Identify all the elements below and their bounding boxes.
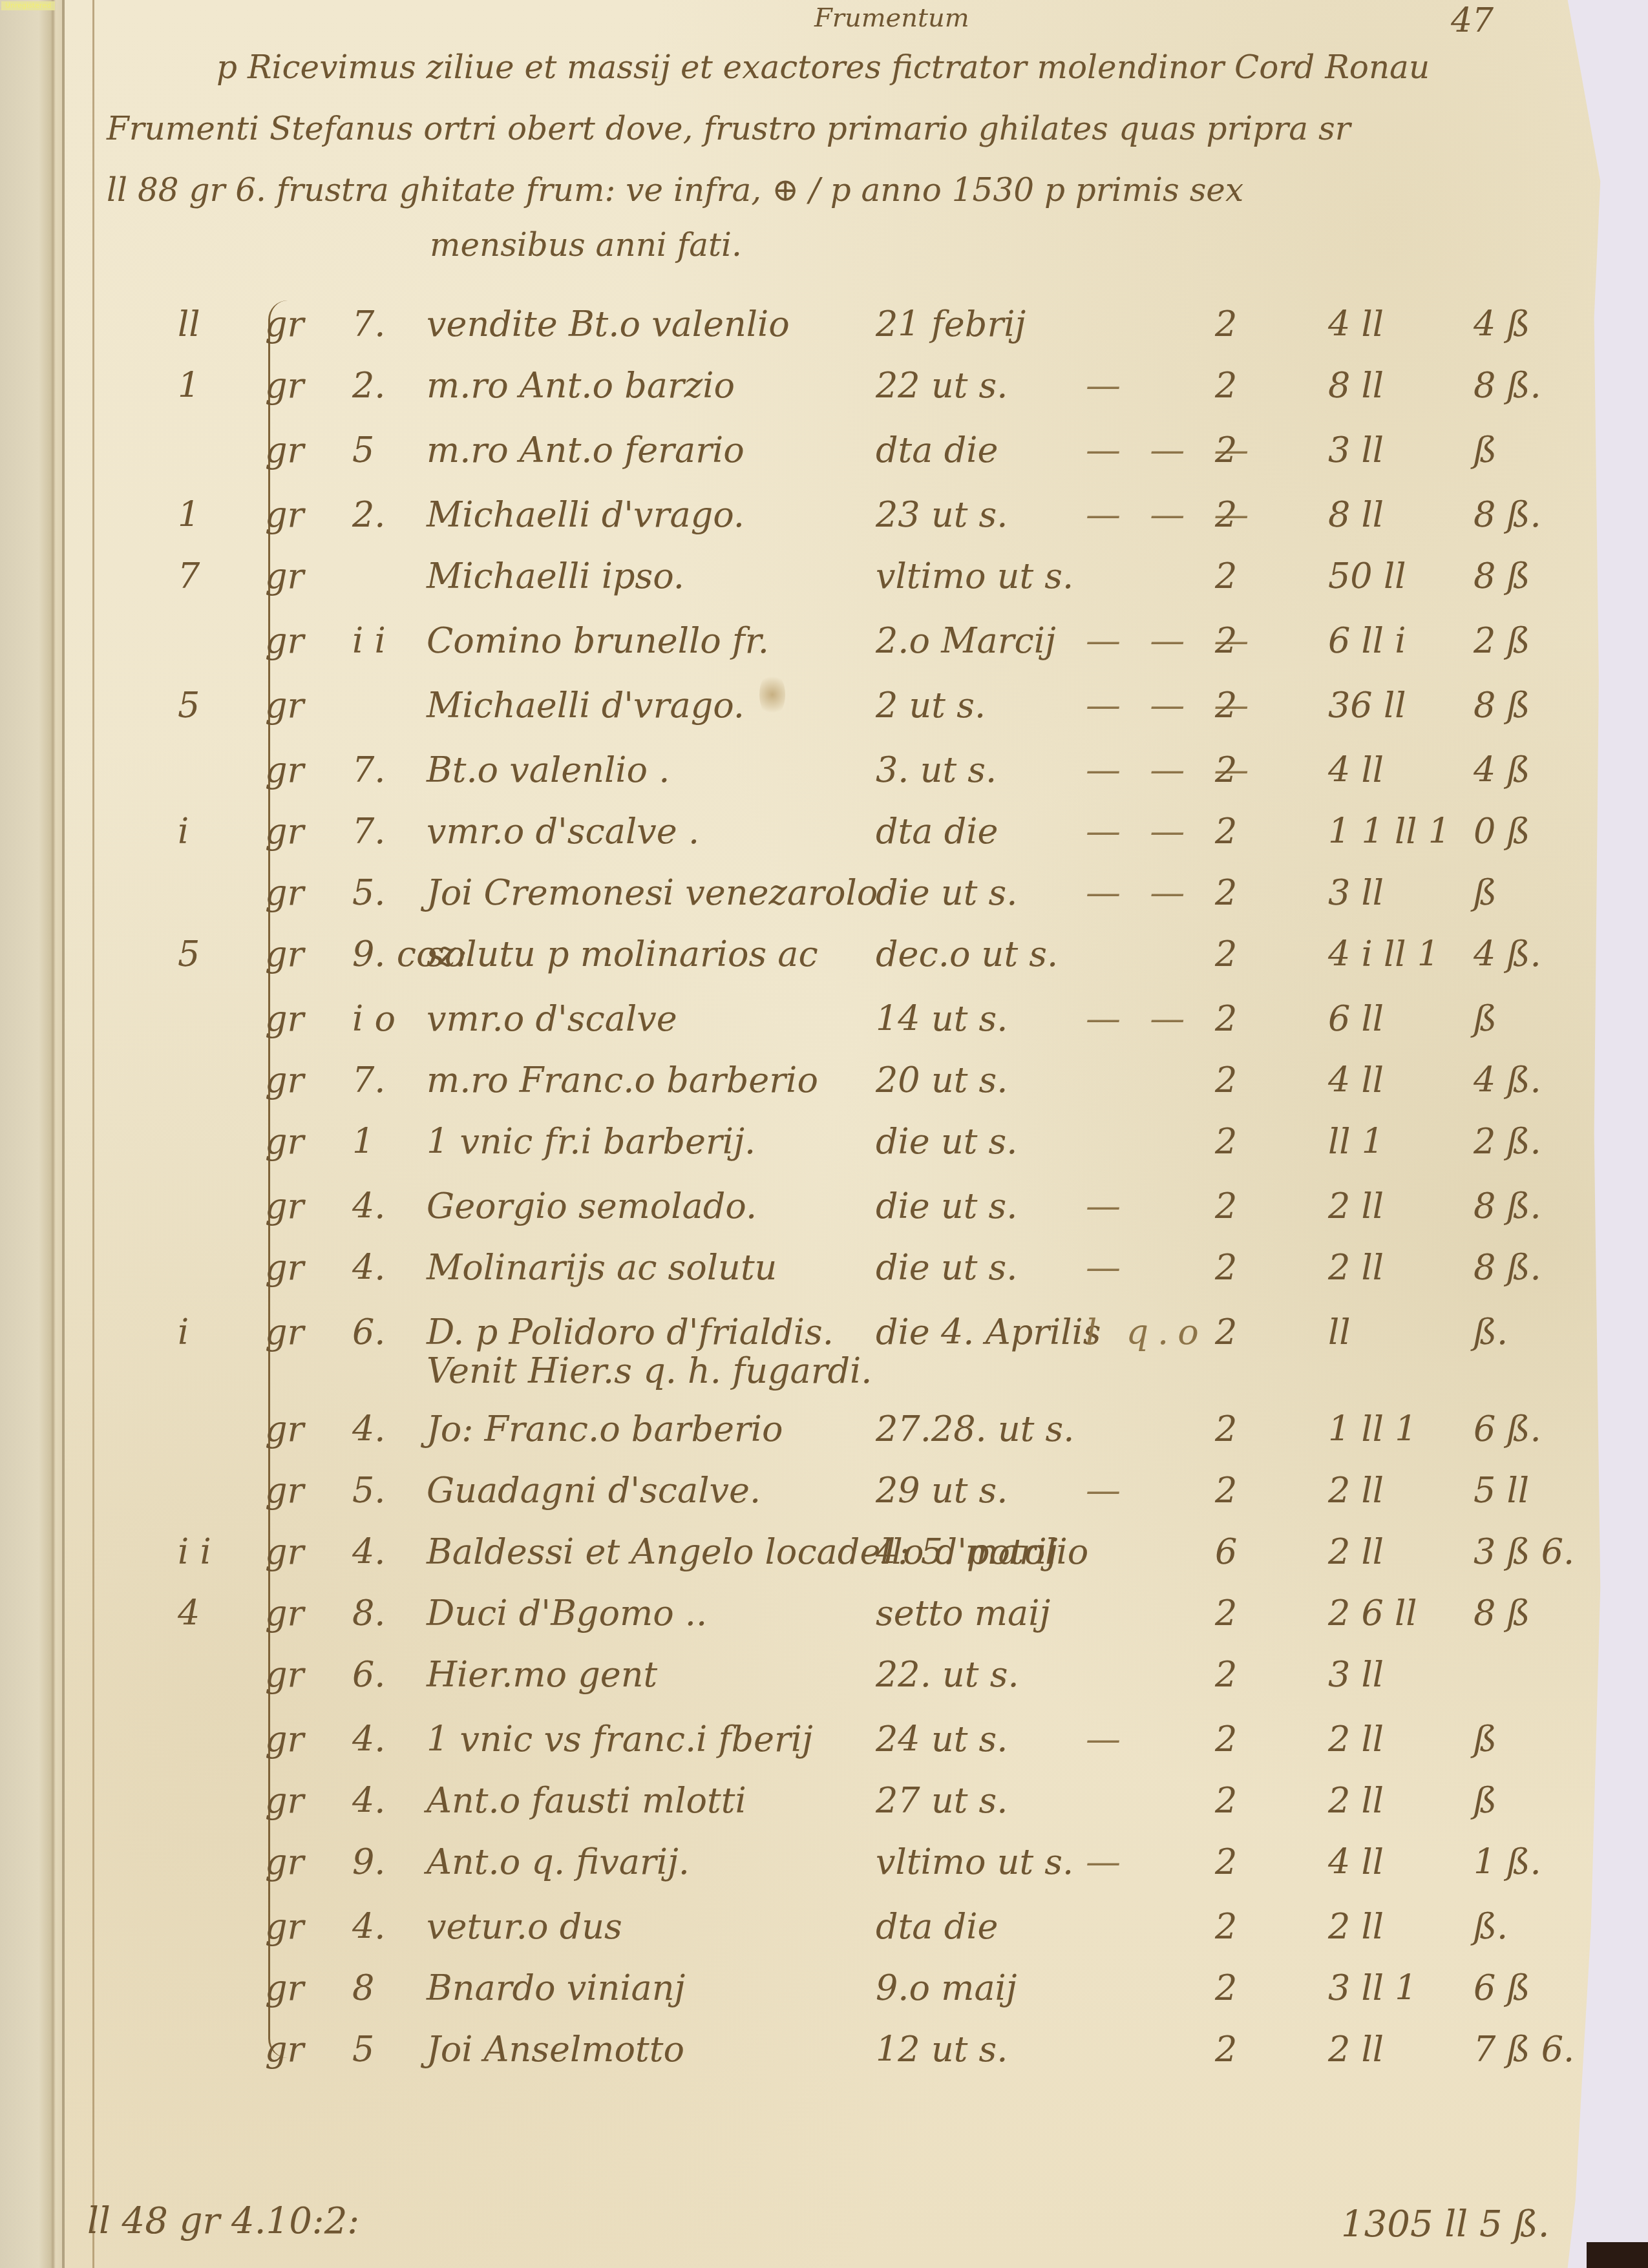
entry-qty: 2 xyxy=(1215,1906,1237,1947)
entry-name: Joi Anselmotto xyxy=(427,2029,684,2070)
page-number: 47 xyxy=(1451,1,1494,40)
ledger-row: gr5Joi Anselmotto12 ut s.22 ll7 ß 6. xyxy=(0,2029,1648,2094)
gr-label: gr xyxy=(265,1906,304,1947)
entry-name: vendite Bt.o valenlio xyxy=(427,304,790,344)
gr-value: 2. xyxy=(352,365,386,406)
entry-lire: 8 ll xyxy=(1328,365,1384,406)
gr-label: gr xyxy=(265,934,304,974)
entry-date: 27 ut s. xyxy=(876,1780,1008,1821)
entry-dash: — xyxy=(1086,1842,1130,1882)
entry-name: m.ro Ant.o ferario xyxy=(427,430,745,470)
entry-name: 1 vnic fr.i barberij. xyxy=(427,1121,755,1162)
gr-label: gr xyxy=(265,2029,304,2070)
entry-lire: 2 ll xyxy=(1328,1247,1384,1288)
gr-value: 5. xyxy=(352,872,386,913)
entry-name: Michaelli d'vrago. xyxy=(427,494,745,535)
header-title: Frumentum xyxy=(814,3,969,33)
ledger-row: igr7.vmr.o d'scalve .dta die— —21 1 ll 1… xyxy=(0,811,1648,876)
gr-value: 7. xyxy=(352,811,386,852)
gr-label: gr xyxy=(265,304,304,344)
entry-name: Georgio semolado. xyxy=(427,1186,757,1226)
margin-number: 7 xyxy=(178,556,200,596)
gr-value: 4. xyxy=(352,1719,386,1759)
entry-dash: — xyxy=(1086,1247,1130,1288)
entry-lire: 3 ll xyxy=(1328,872,1384,913)
entry-name: Venit Hier.s q. h. fugardi. xyxy=(427,1350,872,1391)
ledger-row: gr9.Ant.o q. fivarij.vltimo ut s.—24 ll1… xyxy=(0,1842,1648,1906)
entry-soldi: 7 ß 6. xyxy=(1474,2029,1574,2070)
entry-soldi: ß xyxy=(1474,998,1497,1039)
entry-soldi: 2 ß xyxy=(1474,620,1530,661)
gr-label: gr xyxy=(265,872,304,913)
entry-name: vmr.o d'scalve xyxy=(427,998,677,1039)
entry-date: 29 ut s. xyxy=(876,1470,1008,1511)
entry-soldi: 4 ß. xyxy=(1474,1060,1541,1100)
entry-soldi: 8 ß. xyxy=(1474,1247,1541,1288)
entry-soldi: ß xyxy=(1474,430,1497,470)
entry-soldi: 8 ß. xyxy=(1474,365,1541,406)
entry-qty: 2 xyxy=(1215,1121,1237,1162)
entry-name: Joi Cremonesi venezarolo xyxy=(427,872,878,913)
gr-value: 6. xyxy=(352,1312,386,1352)
ledger-row: gri ovmr.o d'scalve14 ut s.— —26 llß xyxy=(0,998,1648,1063)
entry-soldi: 4 ß xyxy=(1474,750,1530,790)
intro-line-3: ll 88 gr 6. frustra ghitate frum: ve inf… xyxy=(107,171,1243,209)
gr-value: 5 xyxy=(352,2029,374,2070)
entry-date: dec.o ut s. xyxy=(876,934,1058,974)
entry-soldi: ß xyxy=(1474,1780,1497,1821)
entry-date: setto maij xyxy=(876,1593,1050,1633)
intro-line-2: Frumenti Stefanus ortri obert dove, frus… xyxy=(107,110,1351,147)
entry-date: vltimo ut s. xyxy=(876,556,1073,596)
ledger-row: 5grMichaelli d'vrago.2 ut s.— — —236 ll8… xyxy=(0,685,1648,750)
entry-soldi: 0 ß xyxy=(1474,811,1530,852)
entry-date: dta die xyxy=(876,1906,998,1947)
entry-qty: 2 xyxy=(1215,1842,1237,1882)
entry-qty: 2 xyxy=(1215,620,1237,661)
entry-name: Ant.o fausti mlotti xyxy=(427,1780,746,1821)
entry-dash: — — xyxy=(1086,872,1194,913)
entry-lire: 1 1 ll 1 xyxy=(1328,811,1450,852)
unregistered-watermark: Unregistered xyxy=(1,1,55,10)
entry-date: 3. ut s. xyxy=(876,750,997,790)
entry-lire: 2 ll xyxy=(1328,1906,1384,1947)
ledger-row: gr4.Georgio semolado.die ut s.—22 ll8 ß. xyxy=(0,1186,1648,1250)
gr-value: i i xyxy=(352,620,386,661)
entry-qty: 2 xyxy=(1215,1312,1237,1352)
footer-total-right: 1305 ll 5 ß. xyxy=(1341,2203,1550,2245)
ledger-row: gr4.Molinarijs ac solutudie ut s.—22 ll8… xyxy=(0,1247,1648,1312)
entry-name: vmr.o d'scalve . xyxy=(427,811,699,852)
entry-soldi: 3 ß 6. xyxy=(1474,1531,1574,1572)
margin-number: 4 xyxy=(178,1593,200,1633)
entry-lire: ll 1 xyxy=(1328,1121,1384,1162)
gr-label: gr xyxy=(265,750,304,790)
entry-lire: 4 ll xyxy=(1328,304,1384,344)
ledger-row: llgr7.vendite Bt.o valenlio21 febrij24 l… xyxy=(0,304,1648,368)
entry-dash: — xyxy=(1086,1186,1130,1226)
entry-name: m.ro Ant.o barzio xyxy=(427,365,735,406)
entry-qty: 2 xyxy=(1215,1409,1237,1449)
entry-date: 22 ut s. xyxy=(876,365,1008,406)
entry-soldi: 6 ß xyxy=(1474,1968,1530,2008)
entry-qty: 2 xyxy=(1215,811,1237,852)
gr-label: gr xyxy=(265,365,304,406)
entry-qty: 2 xyxy=(1215,1654,1237,1695)
entry-dash: — xyxy=(1086,365,1130,406)
entry-lire: 1 ll 1 xyxy=(1328,1409,1417,1449)
gr-label: gr xyxy=(265,1470,304,1511)
entry-date: vltimo ut s. xyxy=(876,1842,1073,1882)
entry-date: 9.o maij xyxy=(876,1968,1017,2008)
entry-date: die ut s. xyxy=(876,1121,1017,1162)
entry-soldi: 5 ll xyxy=(1474,1470,1529,1511)
gr-value: 4. xyxy=(352,1906,386,1947)
entry-lire: 4 ll xyxy=(1328,1842,1384,1882)
entry-date: 12 ut s. xyxy=(876,2029,1008,2070)
entry-lire: 36 ll xyxy=(1328,685,1406,726)
entry-name: Michaelli d'vrago. xyxy=(427,685,745,726)
gr-value: 7. xyxy=(352,750,386,790)
gr-label: gr xyxy=(265,1593,304,1633)
ledger-row: 4gr8.Duci d'Bgomo ..setto maij22 6 ll8 ß xyxy=(0,1593,1648,1657)
entry-dash: l q.o xyxy=(1086,1312,1208,1352)
gr-value: 5 xyxy=(352,430,374,470)
entry-date: die ut s. xyxy=(876,1186,1017,1226)
gr-value: 7. xyxy=(352,1060,386,1100)
entry-lire: ll xyxy=(1328,1312,1351,1352)
gr-label: gr xyxy=(265,998,304,1039)
ledger-row: 5gr9. coz:solutu p molinarios acdec.o ut… xyxy=(0,934,1648,998)
entry-name: Michaelli ipso. xyxy=(427,556,684,596)
entry-name: D. p Polidoro d'frialdis. xyxy=(427,1312,834,1352)
entry-name: 1 vnic vs franc.i fberij xyxy=(427,1719,813,1759)
gr-label: gr xyxy=(265,494,304,535)
entry-soldi: ß. xyxy=(1474,1906,1508,1947)
gr-value: 8 xyxy=(352,1968,374,2008)
ledger-row: gr5.Joi Cremonesi venezarolodie ut s.— —… xyxy=(0,872,1648,937)
ledger-row: gr7.Bt.o valenlio .3. ut s.— — —24 ll4 ß xyxy=(0,750,1648,814)
entry-soldi: 2 ß. xyxy=(1474,1121,1541,1162)
entry-name: m.ro Franc.o barberio xyxy=(427,1060,818,1100)
entry-soldi: ß. xyxy=(1474,1312,1508,1352)
entry-qty: 2 xyxy=(1215,430,1237,470)
entry-dash: — — xyxy=(1086,811,1194,852)
entry-name: Guadagni d'scalve. xyxy=(427,1470,761,1511)
ledger-row: 7grMichaelli ipso.vltimo ut s.250 ll8 ß xyxy=(0,556,1648,620)
entry-lire: 4 ll xyxy=(1328,750,1384,790)
entry-lire: 2 ll xyxy=(1328,1719,1384,1759)
entry-soldi: 8 ß xyxy=(1474,1593,1530,1633)
entry-lire: 3 ll xyxy=(1328,1654,1384,1695)
entry-lire: 6 ll i xyxy=(1328,620,1406,661)
margin-number: 5 xyxy=(178,685,200,726)
ledger-row: gr5.Guadagni d'scalve.29 ut s.—22 ll5 ll xyxy=(0,1470,1648,1535)
intro-line-1: p Ricevimus ziliue et massij et exactore… xyxy=(217,48,1430,86)
entry-lire: 4 i ll 1 xyxy=(1328,934,1439,974)
gr-label: gr xyxy=(265,1186,304,1226)
margin-number: i i xyxy=(178,1531,211,1572)
gr-value: 6. xyxy=(352,1654,386,1695)
entry-date: die ut s. xyxy=(876,872,1017,913)
ledger-row: 1gr2.Michaelli d'vrago.23 ut s.— — —28 l… xyxy=(0,494,1648,559)
entry-dash: — xyxy=(1086,1470,1130,1511)
entry-qty: 2 xyxy=(1215,1719,1237,1759)
entry-dash: — xyxy=(1086,1719,1130,1759)
gr-label: gr xyxy=(265,1968,304,2008)
entry-soldi: 4 ß xyxy=(1474,304,1530,344)
entry-name: Hier.mo gent xyxy=(427,1654,657,1695)
entry-qty: 2 xyxy=(1215,685,1237,726)
gr-label: gr xyxy=(265,1719,304,1759)
entry-date: dta die xyxy=(876,811,998,852)
entry-date: 22. ut s. xyxy=(876,1654,1019,1695)
entry-date: 24 ut s. xyxy=(876,1719,1008,1759)
entry-qty: 2 xyxy=(1215,1186,1237,1226)
entry-qty: 2 xyxy=(1215,304,1237,344)
entry-date: 23 ut s. xyxy=(876,494,1008,535)
gr-value: 1 xyxy=(352,1121,374,1162)
gr-label: gr xyxy=(265,1121,304,1162)
gr-label: gr xyxy=(265,430,304,470)
gr-value: 4. xyxy=(352,1186,386,1226)
margin-number: 1 xyxy=(178,494,200,535)
entry-qty: 2 xyxy=(1215,365,1237,406)
entry-date: 4: 5. marij xyxy=(876,1531,1058,1572)
gr-value: 4. xyxy=(352,1780,386,1821)
entry-qty: 2 xyxy=(1215,1247,1237,1288)
gr-value: 5. xyxy=(352,1470,386,1511)
entry-qty: 2 xyxy=(1215,1968,1237,2008)
gr-value: 9. xyxy=(352,1842,386,1882)
ledger-row: gr8Bnardo vinianj9.o maij23 ll 16 ß xyxy=(0,1968,1648,2032)
entry-qty: 2 xyxy=(1215,1593,1237,1633)
entry-date: 2 ut s. xyxy=(876,685,986,726)
entry-lire: 2 ll xyxy=(1328,1531,1384,1572)
entry-date: 20 ut s. xyxy=(876,1060,1008,1100)
margin-number: i xyxy=(178,1312,189,1352)
entry-qty: 2 xyxy=(1215,1780,1237,1821)
entry-name: Molinarijs ac solutu xyxy=(427,1247,777,1288)
ledger-row: gr4.1 vnic vs franc.i fberij24 ut s.—22 … xyxy=(0,1719,1648,1783)
gr-label: gr xyxy=(265,1780,304,1821)
ledger-row: gr4.Ant.o fausti mlotti27 ut s.22 llß xyxy=(0,1780,1648,1845)
entry-date: die 4. Aprilis xyxy=(876,1312,1101,1352)
gr-label: gr xyxy=(265,1312,304,1352)
entry-name: Bt.o valenlio . xyxy=(427,750,670,790)
entry-date: 14 ut s. xyxy=(876,998,1008,1039)
entry-date: 27.28. ut s. xyxy=(876,1409,1074,1449)
entry-soldi: ß xyxy=(1474,1719,1497,1759)
gr-value: 7. xyxy=(352,304,386,344)
gr-value: 2. xyxy=(352,494,386,535)
gr-value: 4. xyxy=(352,1247,386,1288)
ledger-row: Venit Hier.s q. h. fugardi. xyxy=(0,1350,1648,1415)
entry-qty: 2 xyxy=(1215,998,1237,1039)
ledger-row: gr4.Jo: Franc.o barberio27.28. ut s.21 l… xyxy=(0,1409,1648,1473)
entry-lire: 2 ll xyxy=(1328,2029,1384,2070)
entry-qty: 2 xyxy=(1215,750,1237,790)
entry-name: Bnardo vinianj xyxy=(427,1968,685,2008)
entry-soldi: 8 ß. xyxy=(1474,1186,1541,1226)
entry-qty: 2 xyxy=(1215,1060,1237,1100)
entry-qty: 2 xyxy=(1215,934,1237,974)
ledger-row: 1gr2.m.ro Ant.o barzio22 ut s.—28 ll8 ß. xyxy=(0,365,1648,430)
gr-value: 8. xyxy=(352,1593,386,1633)
ledger-row: gr7.m.ro Franc.o barberio20 ut s.24 ll4 … xyxy=(0,1060,1648,1124)
entry-soldi: 8 ß xyxy=(1474,556,1530,596)
ledger-row: gri iComino brunello fr.2.o Marcij— — —2… xyxy=(0,620,1648,685)
gr-label: gr xyxy=(265,1247,304,1288)
entry-lire: 2 ll xyxy=(1328,1186,1384,1226)
entry-lire: 4 ll xyxy=(1328,1060,1384,1100)
entry-lire: 2 ll xyxy=(1328,1470,1384,1511)
entry-qty: 2 xyxy=(1215,556,1237,596)
entry-dash: — — xyxy=(1086,998,1194,1039)
gr-label: gr xyxy=(265,1409,304,1449)
margin-number: ll xyxy=(178,304,200,344)
entry-name: Duci d'Bgomo .. xyxy=(427,1593,707,1633)
entry-soldi: 8 ß. xyxy=(1474,494,1541,535)
entry-name: solutu p molinarios ac xyxy=(427,934,818,974)
gr-label: gr xyxy=(265,1531,304,1572)
entry-lire: 6 ll xyxy=(1328,998,1384,1039)
entry-lire: 2 6 ll xyxy=(1328,1593,1417,1633)
entry-name: Ant.o q. fivarij. xyxy=(427,1842,690,1882)
entry-soldi: 8 ß xyxy=(1474,685,1530,726)
gr-label: gr xyxy=(265,620,304,661)
entry-name: Comino brunello fr. xyxy=(427,620,769,661)
entry-date: die ut s. xyxy=(876,1247,1017,1288)
ledger-row: gr6.Hier.mo gent22. ut s.23 ll xyxy=(0,1654,1648,1719)
gr-label: gr xyxy=(265,1060,304,1100)
entry-name: vetur.o dus xyxy=(427,1906,622,1947)
ledger-row: gr4.vetur.o dusdta die22 llß. xyxy=(0,1906,1648,1971)
entry-qty: 2 xyxy=(1215,494,1237,535)
entry-date: 21 febrij xyxy=(876,304,1026,344)
entry-lire: 8 ll xyxy=(1328,494,1384,535)
ledger-row: gr11 vnic fr.i barberij.die ut s.2ll 12 … xyxy=(0,1121,1648,1186)
entry-lire: 2 ll xyxy=(1328,1780,1384,1821)
gr-label: gr xyxy=(265,1654,304,1695)
entry-qty: 6 xyxy=(1215,1531,1237,1572)
gr-value: 4. xyxy=(352,1531,386,1572)
gr-label: gr xyxy=(265,1842,304,1882)
entry-lire: 3 ll 1 xyxy=(1328,1968,1417,2008)
entry-qty: 2 xyxy=(1215,1470,1237,1511)
entry-name: Jo: Franc.o barberio xyxy=(427,1409,783,1449)
gr-value: i o xyxy=(352,998,396,1039)
entry-soldi: ß xyxy=(1474,872,1497,913)
entry-soldi: 1 ß. xyxy=(1474,1842,1541,1882)
entry-soldi: 6 ß. xyxy=(1474,1409,1541,1449)
entry-lire: 3 ll xyxy=(1328,430,1384,470)
entry-lire: 50 ll xyxy=(1328,556,1406,596)
entry-soldi: 4 ß. xyxy=(1474,934,1541,974)
entry-qty: 2 xyxy=(1215,2029,1237,2070)
gr-value: 4. xyxy=(352,1409,386,1449)
entry-date: dta die xyxy=(876,430,998,470)
ledger-row: gr5m.ro Ant.o ferariodta die— — —23 llß xyxy=(0,430,1648,494)
margin-number: 5 xyxy=(178,934,200,974)
gr-label: gr xyxy=(265,556,304,596)
entry-qty: 2 xyxy=(1215,872,1237,913)
gr-label: gr xyxy=(265,685,304,726)
intro-line-4: mensibus anni fati. xyxy=(430,226,742,264)
margin-number: i xyxy=(178,811,189,852)
entry-date: 2.o Marcij xyxy=(876,620,1056,661)
margin-number: 1 xyxy=(178,365,200,406)
ledger-row: i igr4.Baldessi et Angelo locadello d'po… xyxy=(0,1531,1648,1596)
scan-background-corner xyxy=(1587,2242,1648,2268)
gr-label: gr xyxy=(265,811,304,852)
footer-total-left: ll 48 gr 4.10:2: xyxy=(87,2200,359,2242)
